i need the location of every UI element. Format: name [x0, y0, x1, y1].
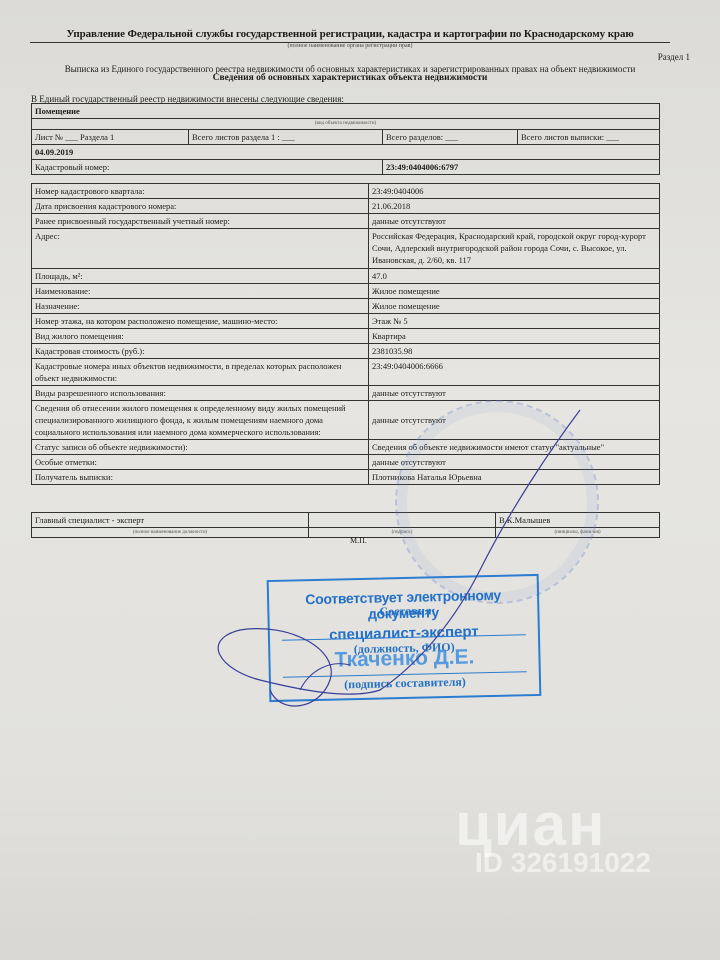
watermark-id: ID 326191022	[475, 847, 651, 879]
sheets-in-section: Всего листов раздела 1 : ___	[189, 130, 383, 145]
property-row: Назначение:Жилое помещение	[32, 299, 660, 314]
property-value: 2381035.98	[369, 344, 660, 359]
property-value: 47.0	[369, 269, 660, 284]
property-value: Жилое помещение	[369, 299, 660, 314]
property-row: Адрес:Российская Федерация, Краснодарски…	[32, 229, 660, 269]
property-label: Номер этажа, на котором расположено поме…	[32, 314, 369, 329]
property-row: Ранее присвоенный государственный учетны…	[32, 214, 660, 229]
property-row: Дата присвоения кадастрового номера:21.0…	[32, 199, 660, 214]
property-row: Номер кадастрового квартала:23:49:040400…	[32, 184, 660, 199]
extract-date: 04.09.2019	[32, 145, 660, 160]
document-subtitle: Сведения об основных характеристиках объ…	[20, 73, 680, 83]
property-label: Номер кадастрового квартала:	[32, 184, 369, 199]
organization-caption: (полное наименование органа регистрации …	[30, 43, 670, 49]
property-value: Жилое помещение	[369, 284, 660, 299]
property-row: Вид жилого помещения:Квартира	[32, 329, 660, 344]
property-value: Российская Федерация, Краснодарский край…	[369, 229, 660, 269]
property-row: Номер этажа, на котором расположено поме…	[32, 314, 660, 329]
property-value: данные отсутствуют	[369, 214, 660, 229]
handwritten-signature	[180, 390, 600, 720]
property-value: 23:49:0404006	[369, 184, 660, 199]
object-type-caption: (вид объекта недвижимости)	[32, 119, 660, 130]
total-sheets: Всего листов выписки: ___	[518, 130, 660, 145]
property-label: Кадастровые номера иных объектов недвижи…	[32, 359, 369, 386]
property-label: Наименование:	[32, 284, 369, 299]
object-type: Помещение	[32, 104, 660, 119]
property-value: Этаж № 5	[369, 314, 660, 329]
cadastral-number-label: Кадастровый номер:	[32, 160, 383, 175]
property-row: Кадастровые номера иных объектов недвижи…	[32, 359, 660, 386]
sheet-number: Лист № ___ Раздела 1	[32, 130, 189, 145]
property-label: Вид жилого помещения:	[32, 329, 369, 344]
property-row: Кадастровая стоимость (руб.):2381035.98	[32, 344, 660, 359]
property-value: 23:49:0404006:6666	[369, 359, 660, 386]
property-value: Квартира	[369, 329, 660, 344]
property-row: Площадь, м²:47.0	[32, 269, 660, 284]
property-label: Кадастровая стоимость (руб.):	[32, 344, 369, 359]
total-sections: Всего разделов: ___	[383, 130, 518, 145]
property-label: Адрес:	[32, 229, 369, 269]
property-label: Дата присвоения кадастрового номера:	[32, 199, 369, 214]
property-value: 21.06.2018	[369, 199, 660, 214]
section-label: Раздел 1	[658, 52, 690, 62]
property-row: Наименование:Жилое помещение	[32, 284, 660, 299]
watermark: циан ID 326191022	[455, 790, 651, 879]
document-page: Управление Федеральной службы государств…	[0, 0, 720, 960]
property-label: Ранее присвоенный государственный учетны…	[32, 214, 369, 229]
object-header-table: Помещение (вид объекта недвижимости) Лис…	[31, 103, 660, 175]
organization-name: Управление Федеральной службы государств…	[30, 28, 670, 43]
property-label: Назначение:	[32, 299, 369, 314]
cadastral-number-value: 23:49:0404006:6797	[383, 160, 660, 175]
property-label: Площадь, м²:	[32, 269, 369, 284]
